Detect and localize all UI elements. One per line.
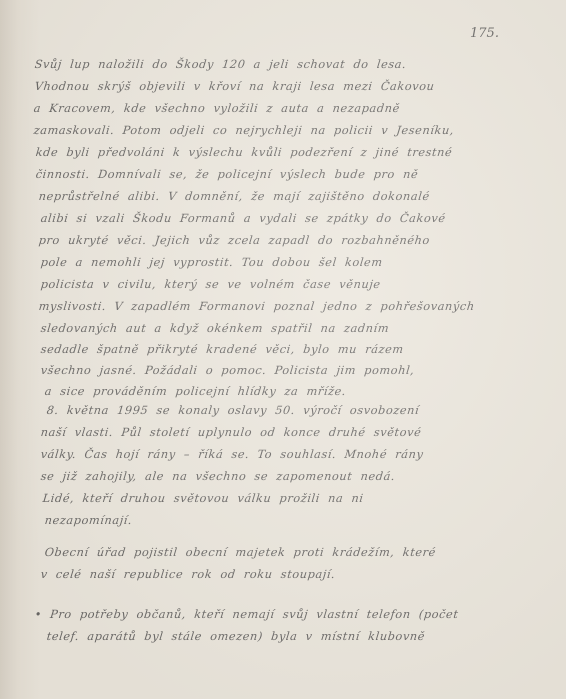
text-line: 8. května 1995 se konaly oslavy 50. výro… (46, 404, 420, 417)
text-line: Lidé, kteří druhou světovou válku prožil… (42, 492, 364, 505)
text-line: • Pro potřeby občanů, kteří nemají svůj … (34, 608, 459, 621)
text-line: nezapomínají. (44, 514, 133, 527)
text-line: a sice prováděním policejní hlídky za mř… (44, 385, 347, 398)
text-line: telef. aparátů byl stále omezen) byla v … (46, 630, 426, 643)
text-line: sledovaných aut a když okénkem spatřil n… (40, 322, 390, 335)
page-number: 175. (470, 26, 499, 41)
text-line: policista v civilu, který se ve volném č… (40, 278, 381, 291)
text-line: naší vlasti. Půl století uplynulo od kon… (40, 426, 422, 439)
handwritten-chronicle-page: 175. Svůj lup naložili do Škody 120 a je… (0, 0, 566, 699)
text-line: alibi si vzali Škodu Formanů a vydali se… (40, 212, 446, 225)
text-line: myslivosti. V zapadlém Formanovi poznal … (38, 300, 475, 313)
text-line: se již zahojily, ale na všechno se zapom… (40, 470, 396, 483)
text-line: v celé naší republice rok od roku stoupa… (40, 568, 336, 581)
text-line: kde byli předvoláni k výslechu kvůli pod… (35, 146, 453, 159)
text-line: pro ukryté věci. Jejich vůz zcela zapadl… (38, 234, 431, 247)
text-line: a Kracovem, kde všechno vyložili z auta … (33, 102, 401, 115)
text-line: sedadle špatně přikryté kradené věci, by… (40, 343, 404, 356)
text-line: všechno jasné. Požádali o pomoc. Policis… (40, 364, 415, 377)
text-line: Vhodnou skrýš objevili v křoví na kraji … (34, 80, 435, 93)
text-line: Svůj lup naložili do Škody 120 a jeli sc… (34, 58, 407, 71)
text-line: války. Čas hojí rány – říká se. To souhl… (40, 448, 424, 461)
text-line: Obecní úřad pojistil obecní majetek prot… (44, 546, 437, 559)
text-line: pole a nemohli jej vyprostit. Tou dobou … (40, 256, 383, 269)
text-line: neprůstřelné alibi. V domnění, že mají z… (38, 190, 430, 203)
text-line: zamaskovali. Potom odjeli co nejrychleji… (33, 124, 455, 137)
text-line: činnosti. Domnívali se, že policejní výs… (35, 168, 419, 181)
